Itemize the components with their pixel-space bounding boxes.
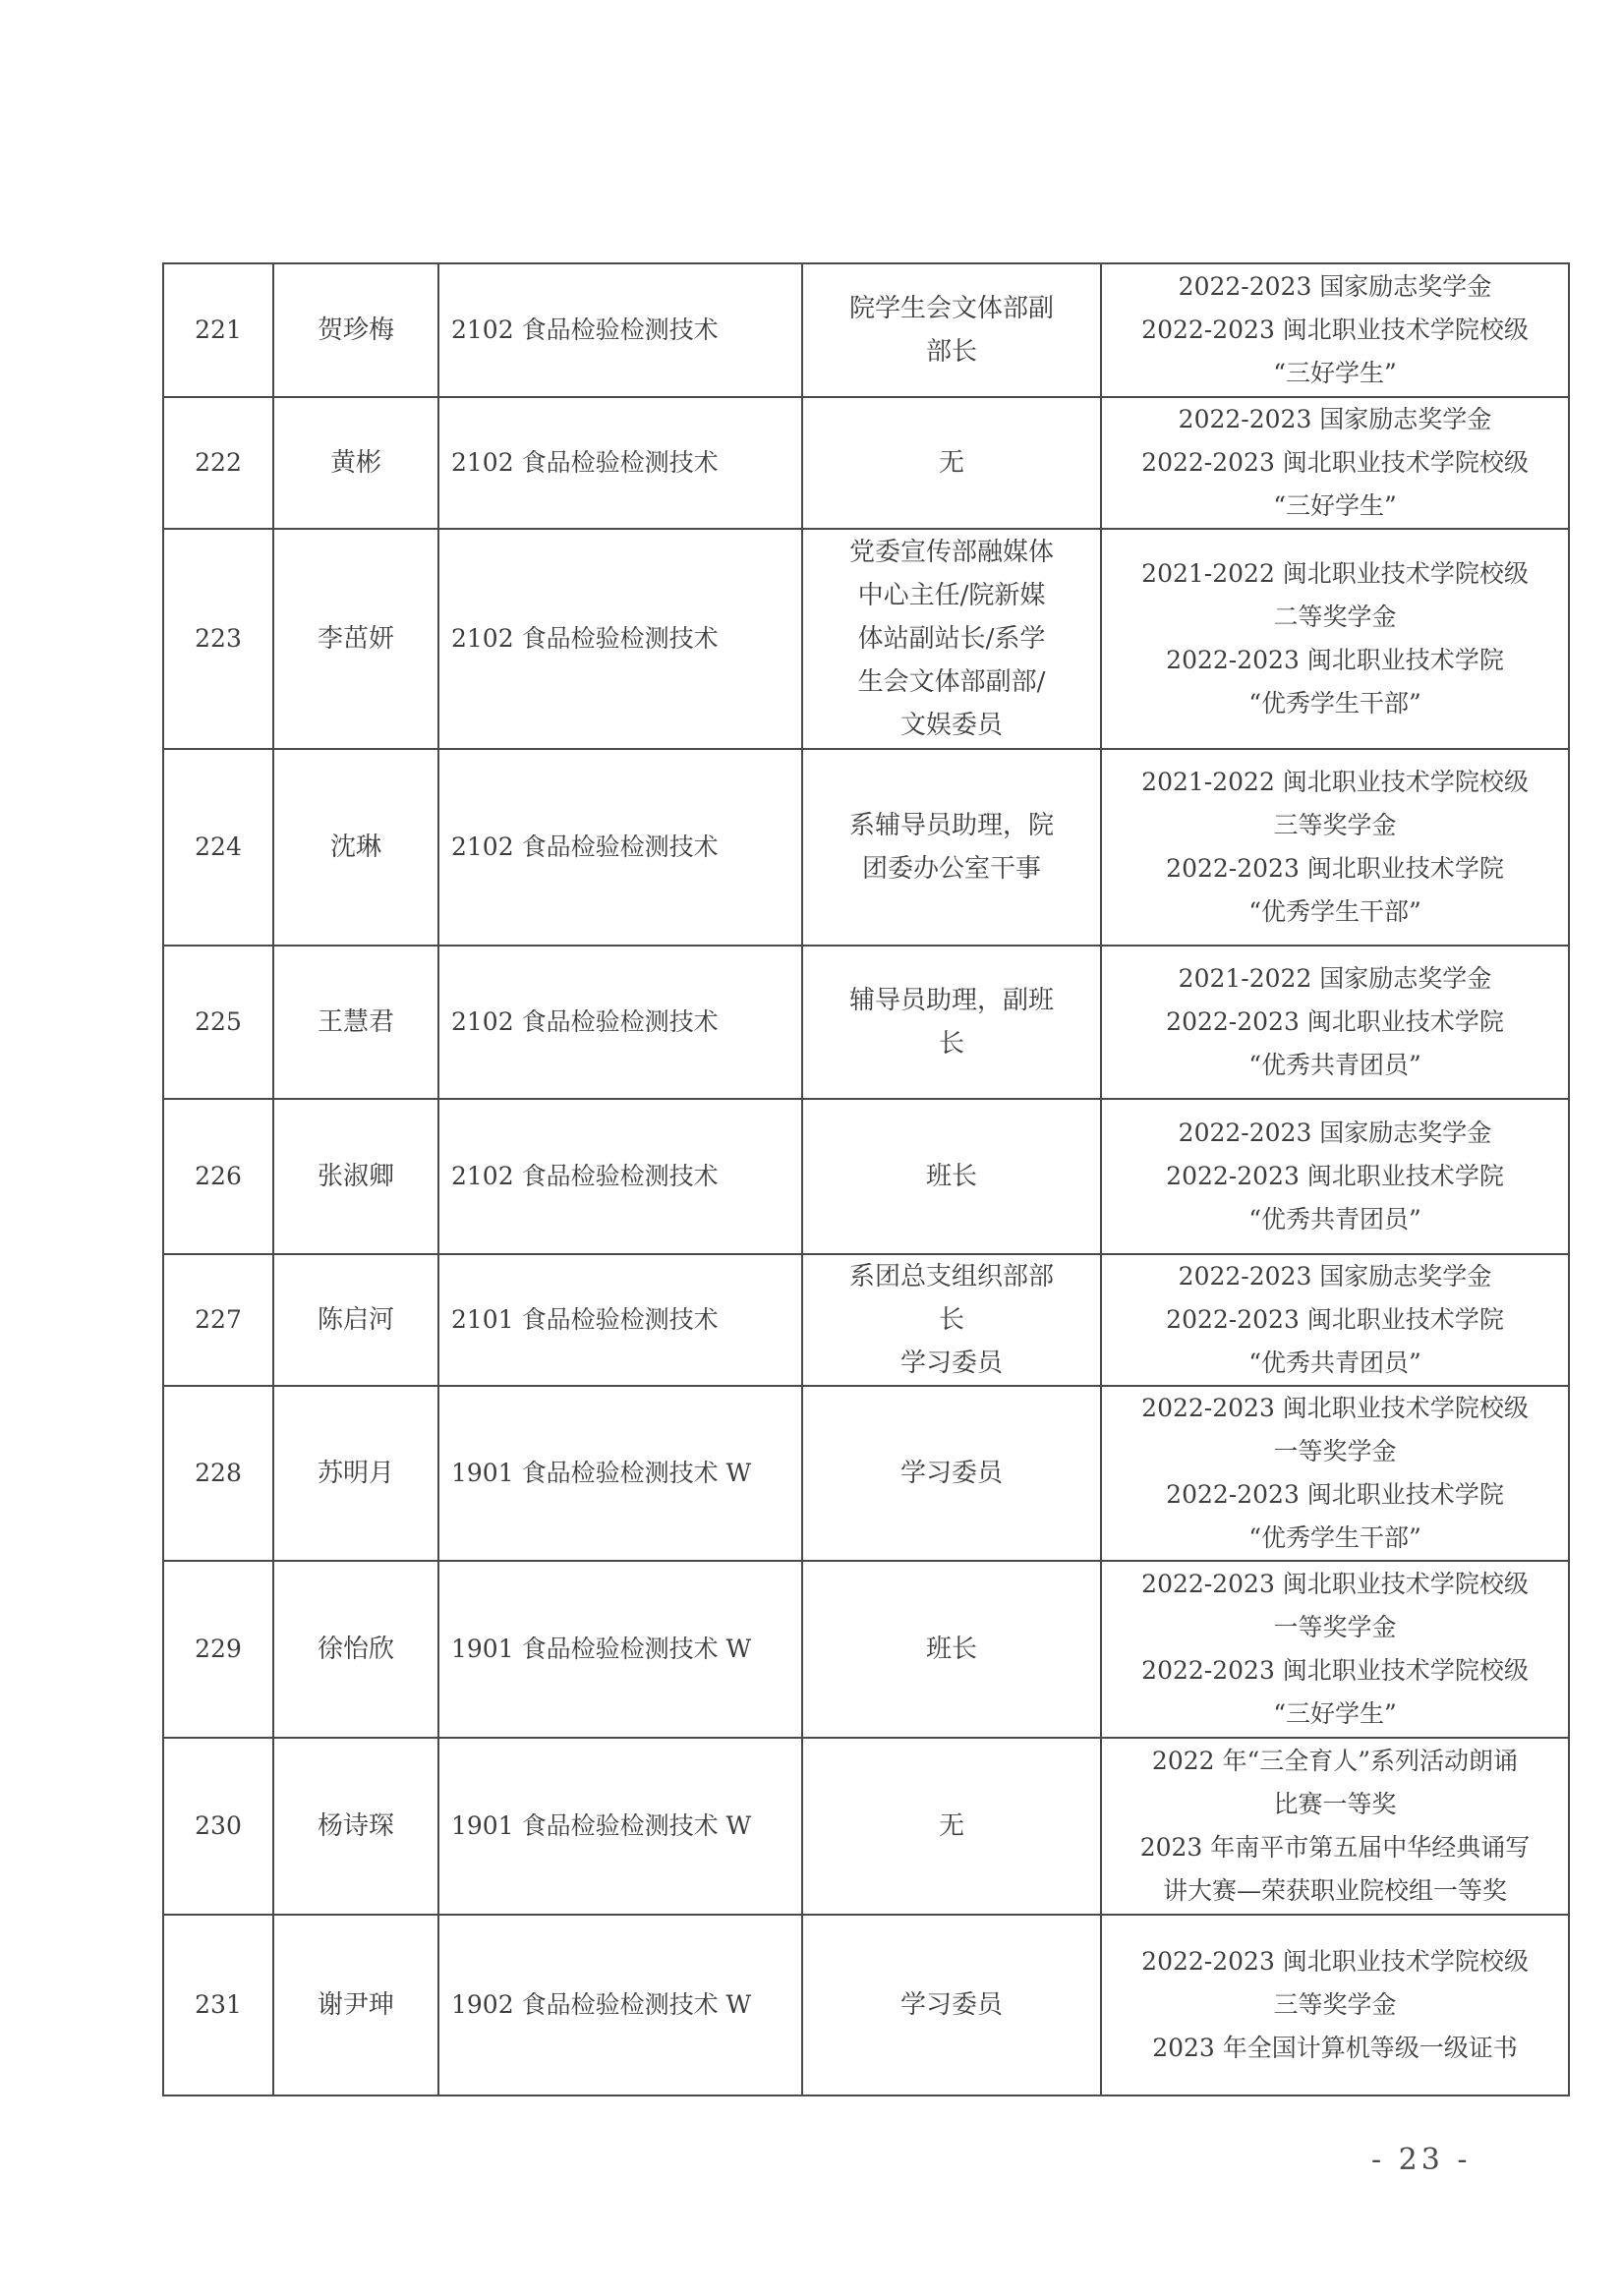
- table-row: 229徐怡欣1901 食品检验检测技术 W班长2022-2023 闽北职业技术学…: [163, 1561, 1569, 1738]
- position-cell: 学习委员: [802, 1915, 1101, 2095]
- award-line: 2022-2023 闽北职业技术学院校级: [1106, 441, 1564, 485]
- class-major-cell: 1902 食品检验检测技术 W: [438, 1915, 802, 2095]
- position-line: 部长: [815, 330, 1088, 373]
- position-cell: 辅导员助理，副班长: [802, 946, 1101, 1099]
- position-line: 班长: [815, 1155, 1088, 1198]
- award-line: 二等奖学金: [1106, 596, 1564, 639]
- student-name-cell: 张淑卿: [273, 1099, 438, 1254]
- award-line: 三等奖学金: [1106, 1983, 1564, 2027]
- position-line: 长: [815, 1022, 1088, 1065]
- row-number-cell: 226: [163, 1099, 273, 1254]
- table-row: 228苏明月1901 食品检验检测技术 W学习委员2022-2023 闽北职业技…: [163, 1386, 1569, 1561]
- award-line: “优秀学生干部”: [1106, 1517, 1564, 1560]
- table-body: 221贺珍梅2102 食品检验检测技术院学生会文体部副部长2022-2023 国…: [163, 263, 1569, 2095]
- position-cell: 班长: [802, 1099, 1101, 1254]
- award-line: 2023 年南平市第五届中华经典诵写: [1106, 1826, 1564, 1869]
- class-major-cell: 2102 食品检验检测技术: [438, 263, 802, 397]
- table-row: 227陈启河2101 食品检验检测技术系团总支组织部部长学习委员2022-202…: [163, 1254, 1569, 1386]
- row-number-cell: 231: [163, 1915, 273, 2095]
- student-name-cell: 徐怡欣: [273, 1561, 438, 1738]
- position-line: 长: [815, 1298, 1088, 1342]
- position-line: 辅导员助理，副班: [815, 979, 1088, 1022]
- awards-cell: 2021-2022 闽北职业技术学院校级三等奖学金2022-2023 闽北职业技…: [1101, 749, 1569, 946]
- award-line: “优秀学生干部”: [1106, 682, 1564, 725]
- table-row: 231谢尹珅1902 食品检验检测技术 W学习委员2022-2023 闽北职业技…: [163, 1915, 1569, 2095]
- row-number-cell: 224: [163, 749, 273, 946]
- class-major-cell: 2102 食品检验检测技术: [438, 946, 802, 1099]
- award-line: “优秀学生干部”: [1106, 890, 1564, 934]
- row-number-cell: 223: [163, 529, 273, 749]
- awards-cell: 2022-2023 国家励志奖学金2022-2023 闽北职业技术学院“优秀共青…: [1101, 1254, 1569, 1386]
- award-line: 2022-2023 闽北职业技术学院: [1106, 1298, 1564, 1342]
- table-row: 226张淑卿2102 食品检验检测技术班长2022-2023 国家励志奖学金20…: [163, 1099, 1569, 1254]
- class-major-cell: 2101 食品检验检测技术: [438, 1254, 802, 1386]
- row-number-cell: 221: [163, 263, 273, 397]
- awards-cell: 2022-2023 闽北职业技术学院校级三等奖学金2023 年全国计算机等级一级…: [1101, 1915, 1569, 2095]
- position-line: 学习委员: [815, 1342, 1088, 1385]
- table-row: 223李茁妍2102 食品检验检测技术党委宣传部融媒体中心主任/院新媒体站副站长…: [163, 529, 1569, 749]
- award-line: 2022-2023 闽北职业技术学院校级: [1106, 1563, 1564, 1606]
- award-line: 三等奖学金: [1106, 804, 1564, 847]
- class-major-cell: 2102 食品检验检测技术: [438, 749, 802, 946]
- student-name-cell: 沈琳: [273, 749, 438, 946]
- class-major-cell: 1901 食品检验检测技术 W: [438, 1561, 802, 1738]
- position-line: 学习委员: [815, 1452, 1088, 1495]
- student-name-cell: 贺珍梅: [273, 263, 438, 397]
- position-line: 体站副站长/系学: [815, 617, 1088, 660]
- award-line: 2022-2023 国家励志奖学金: [1106, 398, 1564, 441]
- table-row: 221贺珍梅2102 食品检验检测技术院学生会文体部副部长2022-2023 国…: [163, 263, 1569, 397]
- table-row: 222黄彬2102 食品检验检测技术无2022-2023 国家励志奖学金2022…: [163, 397, 1569, 529]
- class-major-cell: 1901 食品检验检测技术 W: [438, 1386, 802, 1561]
- position-line: 系团总支组织部部: [815, 1255, 1088, 1298]
- table-row: 225王慧君2102 食品检验检测技术辅导员助理，副班长2021-2022 国家…: [163, 946, 1569, 1099]
- position-cell: 无: [802, 397, 1101, 529]
- award-line: 2022 年“三全育人”系列活动朗诵: [1106, 1740, 1564, 1783]
- position-line: 院学生会文体部副: [815, 287, 1088, 330]
- award-line: 讲大赛—荣获职业院校组一等奖: [1106, 1869, 1564, 1913]
- class-major-cell: 2102 食品检验检测技术: [438, 529, 802, 749]
- position-line: 学习委员: [815, 1983, 1088, 2027]
- award-line: 一等奖学金: [1106, 1606, 1564, 1649]
- class-major-cell: 2102 食品检验检测技术: [438, 1099, 802, 1254]
- award-line: 2021-2022 国家励志奖学金: [1106, 957, 1564, 1001]
- award-line: 比赛一等奖: [1106, 1783, 1564, 1826]
- position-cell: 系辅导员助理，院团委办公室干事: [802, 749, 1101, 946]
- awards-cell: 2022-2023 闽北职业技术学院校级一等奖学金2022-2023 闽北职业技…: [1101, 1386, 1569, 1561]
- award-line: 2022-2023 国家励志奖学金: [1106, 1112, 1564, 1155]
- award-line: 2021-2022 闽北职业技术学院校级: [1106, 761, 1564, 804]
- position-line: 生会文体部副部/: [815, 660, 1088, 704]
- position-cell: 学习委员: [802, 1386, 1101, 1561]
- student-name-cell: 李茁妍: [273, 529, 438, 749]
- award-line: “优秀共青团员”: [1106, 1198, 1564, 1241]
- awards-cell: 2021-2022 闽北职业技术学院校级二等奖学金2022-2023 闽北职业技…: [1101, 529, 1569, 749]
- award-line: 2022-2023 国家励志奖学金: [1106, 1255, 1564, 1298]
- award-line: “优秀共青团员”: [1106, 1342, 1564, 1385]
- position-line: 无: [815, 1805, 1088, 1848]
- student-name-cell: 谢尹珅: [273, 1915, 438, 2095]
- page-number: - 23 -: [1371, 2143, 1472, 2177]
- student-awards-table: 221贺珍梅2102 食品检验检测技术院学生会文体部副部长2022-2023 国…: [162, 262, 1570, 2096]
- award-line: 2022-2023 闽北职业技术学院: [1106, 1001, 1564, 1044]
- row-number-cell: 230: [163, 1738, 273, 1915]
- award-line: “三好学生”: [1106, 485, 1564, 528]
- position-cell: 党委宣传部融媒体中心主任/院新媒体站副站长/系学生会文体部副部/文娱委员: [802, 529, 1101, 749]
- awards-cell: 2021-2022 国家励志奖学金2022-2023 闽北职业技术学院“优秀共青…: [1101, 946, 1569, 1099]
- award-line: “优秀共青团员”: [1106, 1044, 1564, 1087]
- row-number-cell: 222: [163, 397, 273, 529]
- award-line: 2022-2023 国家励志奖学金: [1106, 265, 1564, 309]
- row-number-cell: 225: [163, 946, 273, 1099]
- awards-cell: 2022-2023 国家励志奖学金2022-2023 闽北职业技术学院“优秀共青…: [1101, 1099, 1569, 1254]
- class-major-cell: 2102 食品检验检测技术: [438, 397, 802, 529]
- position-line: 系辅导员助理，院: [815, 804, 1088, 847]
- award-line: 2022-2023 闽北职业技术学院校级: [1106, 1387, 1564, 1430]
- position-cell: 无: [802, 1738, 1101, 1915]
- awards-cell: 2022-2023 闽北职业技术学院校级一等奖学金2022-2023 闽北职业技…: [1101, 1561, 1569, 1738]
- award-line: 2022-2023 闽北职业技术学院校级: [1106, 309, 1564, 352]
- document-page: 221贺珍梅2102 食品检验检测技术院学生会文体部副部长2022-2023 国…: [0, 0, 1622, 2296]
- award-line: 一等奖学金: [1106, 1430, 1564, 1473]
- position-line: 文娱委员: [815, 704, 1088, 747]
- awards-cell: 2022 年“三全育人”系列活动朗诵比赛一等奖2023 年南平市第五届中华经典诵…: [1101, 1738, 1569, 1915]
- award-line: 2022-2023 闽北职业技术学院: [1106, 1155, 1564, 1198]
- table-row: 230杨诗琛1901 食品检验检测技术 W无2022 年“三全育人”系列活动朗诵…: [163, 1738, 1569, 1915]
- awards-cell: 2022-2023 国家励志奖学金2022-2023 闽北职业技术学院校级“三好…: [1101, 397, 1569, 529]
- position-cell: 系团总支组织部部长学习委员: [802, 1254, 1101, 1386]
- row-number-cell: 227: [163, 1254, 273, 1386]
- award-line: 2022-2023 闽北职业技术学院: [1106, 847, 1564, 890]
- student-name-cell: 苏明月: [273, 1386, 438, 1561]
- student-name-cell: 杨诗琛: [273, 1738, 438, 1915]
- award-line: 2022-2023 闽北职业技术学院: [1106, 639, 1564, 682]
- award-line: 2022-2023 闽北职业技术学院校级: [1106, 1940, 1564, 1983]
- award-line: 2022-2023 闽北职业技术学院校级: [1106, 1649, 1564, 1693]
- award-line: 2021-2022 闽北职业技术学院校级: [1106, 552, 1564, 596]
- position-line: 班长: [815, 1628, 1088, 1671]
- position-cell: 班长: [802, 1561, 1101, 1738]
- position-line: 党委宣传部融媒体: [815, 531, 1088, 574]
- position-line: 无: [815, 441, 1088, 485]
- awards-cell: 2022-2023 国家励志奖学金2022-2023 闽北职业技术学院校级“三好…: [1101, 263, 1569, 397]
- position-cell: 院学生会文体部副部长: [802, 263, 1101, 397]
- position-line: 中心主任/院新媒: [815, 574, 1088, 617]
- position-line: 团委办公室干事: [815, 847, 1088, 890]
- award-line: 2022-2023 闽北职业技术学院: [1106, 1473, 1564, 1517]
- class-major-cell: 1901 食品检验检测技术 W: [438, 1738, 802, 1915]
- award-line: “三好学生”: [1106, 352, 1564, 395]
- row-number-cell: 228: [163, 1386, 273, 1561]
- award-line: “三好学生”: [1106, 1693, 1564, 1736]
- student-name-cell: 陈启河: [273, 1254, 438, 1386]
- row-number-cell: 229: [163, 1561, 273, 1738]
- table-row: 224沈琳2102 食品检验检测技术系辅导员助理，院团委办公室干事2021-20…: [163, 749, 1569, 946]
- student-name-cell: 黄彬: [273, 397, 438, 529]
- award-line: 2023 年全国计算机等级一级证书: [1106, 2027, 1564, 2070]
- student-name-cell: 王慧君: [273, 946, 438, 1099]
